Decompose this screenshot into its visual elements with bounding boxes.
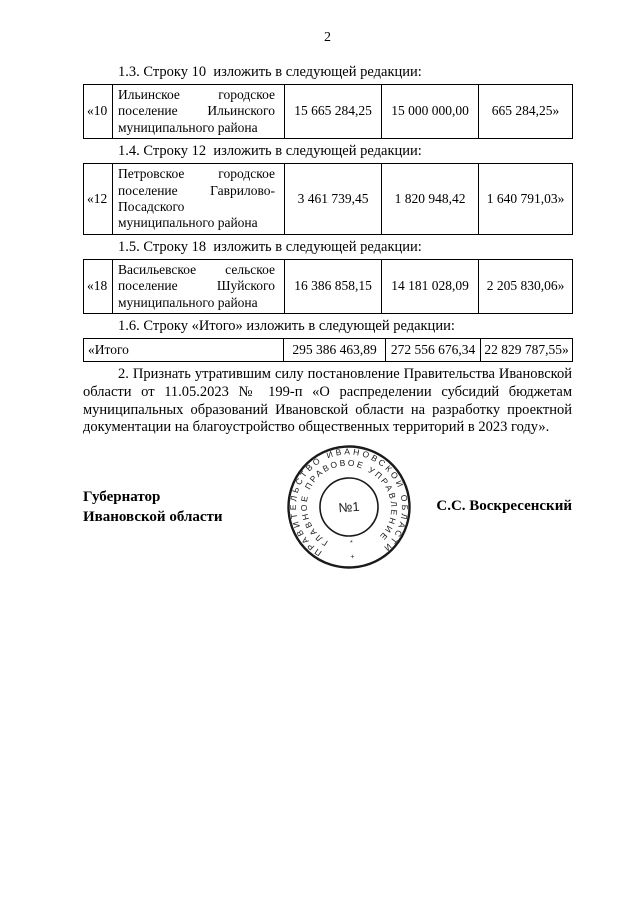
table-row-10: «10 Ильинское городское поселение Ильинс… bbox=[83, 84, 573, 139]
subsidy-amount-cell: 1 820 948,42 bbox=[382, 164, 479, 235]
total-amount-cell: 15 665 284,25 bbox=[285, 85, 382, 139]
totals-label-cell: «Итого bbox=[84, 339, 284, 362]
row-number-cell: «12 bbox=[84, 164, 113, 235]
section-heading-1-4: 1.4. Строку 12 изложить в следующей реда… bbox=[83, 143, 572, 159]
table-row-totals: «Итого 295 386 463,89 272 556 676,34 22 … bbox=[83, 338, 573, 362]
signer-title-line2: Ивановской области bbox=[83, 507, 283, 527]
municipality-cell: Петровское городское поселение Гаврилово… bbox=[113, 164, 285, 235]
table-row: «18 Васильевское сельское поселение Шуйс… bbox=[84, 259, 573, 313]
section-heading-1-3: 1.3. Строку 10 изложить в следующей реда… bbox=[83, 64, 572, 80]
local-amount-cell: 665 284,25» bbox=[479, 85, 573, 139]
municipality-cell: Васильевское сельское поселение Шуйского… bbox=[113, 259, 285, 313]
page-number: 2 bbox=[83, 30, 572, 46]
subsidy-amount-cell: 14 181 028,09 bbox=[382, 259, 479, 313]
signature-block: Губернатор Ивановской области ПРАВИТЕЛЬС… bbox=[83, 441, 572, 573]
subsidy-amount-cell: 15 000 000,00 bbox=[382, 85, 479, 139]
table-row-18: «18 Васильевское сельское поселение Шуйс… bbox=[83, 259, 573, 314]
row-number-cell: «18 bbox=[84, 259, 113, 313]
stamp-star-mark: * bbox=[350, 540, 353, 547]
signer-title: Губернатор Ивановской области bbox=[83, 487, 283, 527]
table-row-12: «12 Петровское городское поселение Гаври… bbox=[83, 163, 573, 235]
paragraph-repeal-clause: 2. Признать утратившим силу постановлени… bbox=[83, 366, 572, 436]
total-amount-cell: 3 461 739,45 bbox=[285, 164, 382, 235]
local-amount-cell: 1 640 791,03» bbox=[479, 164, 573, 235]
section-heading-1-6: 1.6. Строку «Итого» изложить в следующей… bbox=[83, 318, 572, 334]
table-row: «10 Ильинское городское поселение Ильинс… bbox=[84, 85, 573, 139]
stamp-cross-mark: + bbox=[350, 554, 355, 561]
table-row: «Итого 295 386 463,89 272 556 676,34 22 … bbox=[84, 339, 573, 362]
row-number-cell: «10 bbox=[84, 85, 113, 139]
official-stamp: ПРАВИТЕЛЬСТВО ИВАНОВСКОЙ ОБЛАСТИ ГЛАВНОЕ… bbox=[283, 441, 415, 573]
table-row: «12 Петровское городское поселение Гаври… bbox=[84, 164, 573, 235]
signer-name: С.С. Воскресенский bbox=[436, 498, 572, 515]
local-amount-cell: 22 829 787,55» bbox=[481, 339, 573, 362]
subsidy-amount-cell: 272 556 676,34 bbox=[386, 339, 481, 362]
document-page: 2 1.3. Строку 10 изложить в следующей ре… bbox=[0, 0, 640, 905]
total-amount-cell: 295 386 463,89 bbox=[284, 339, 386, 362]
stamp-center-number: №1 bbox=[338, 499, 360, 515]
signer-title-line1: Губернатор bbox=[83, 487, 283, 507]
total-amount-cell: 16 386 858,15 bbox=[285, 259, 382, 313]
section-heading-1-5: 1.5. Строку 18 изложить в следующей реда… bbox=[83, 239, 572, 255]
stamp-seal-icon: ПРАВИТЕЛЬСТВО ИВАНОВСКОЙ ОБЛАСТИ ГЛАВНОЕ… bbox=[283, 441, 415, 573]
municipality-cell: Ильинское городское поселение Ильинского… bbox=[113, 85, 285, 139]
local-amount-cell: 2 205 830,06» bbox=[479, 259, 573, 313]
